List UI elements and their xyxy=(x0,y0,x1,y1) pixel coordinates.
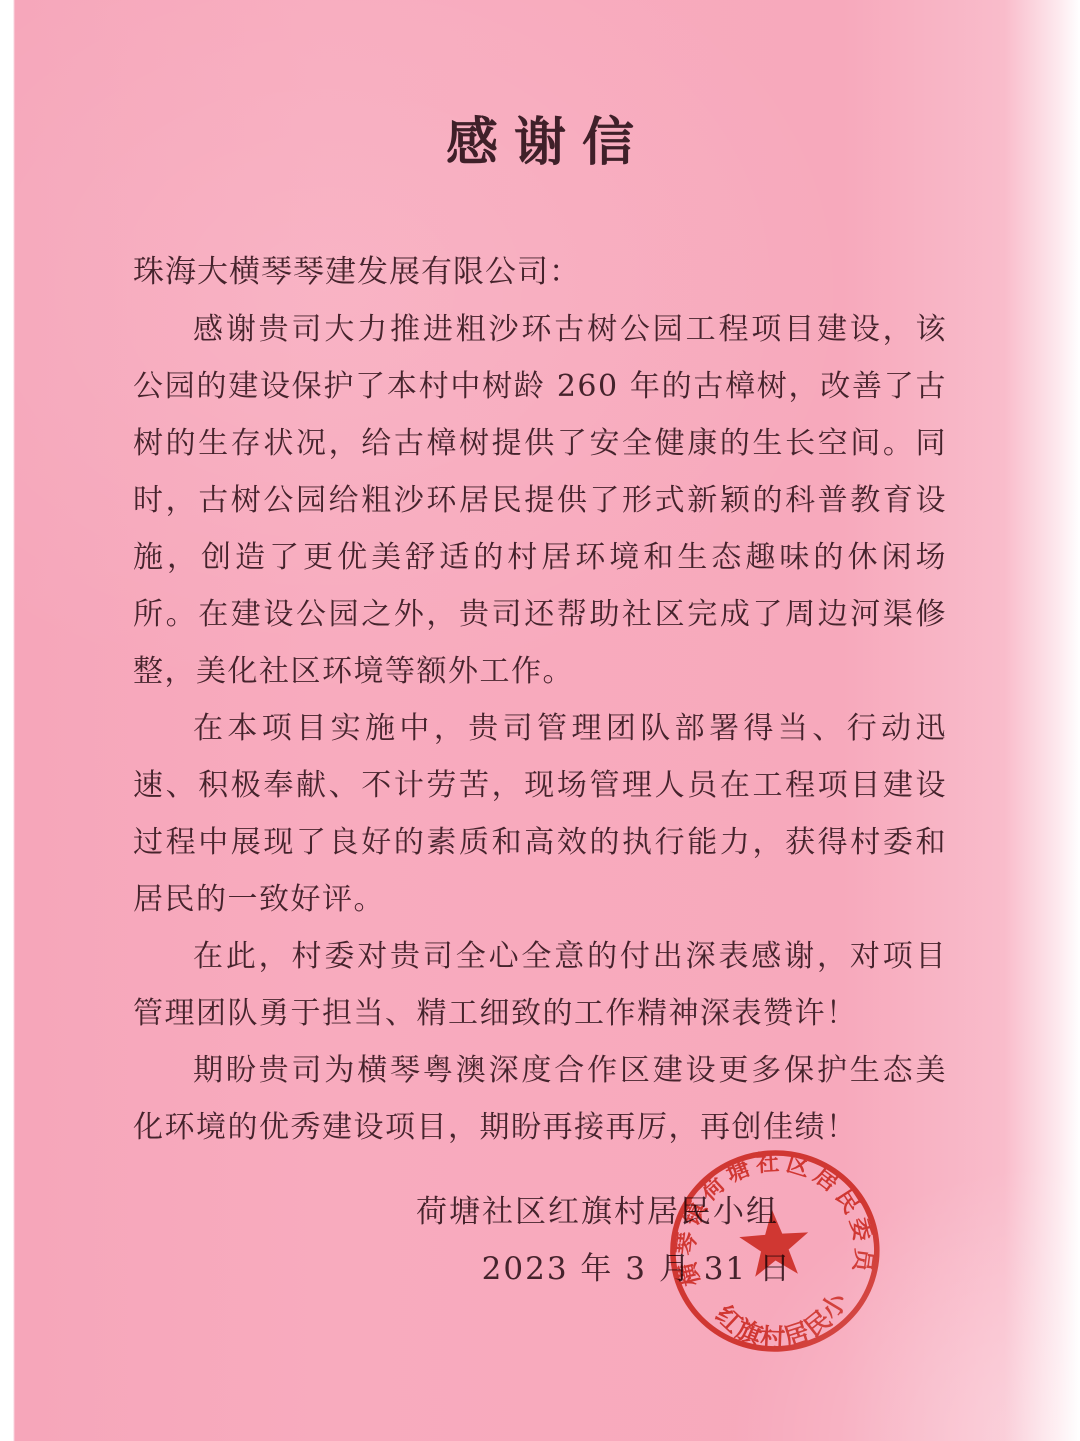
letter-title: 感谢信 xyxy=(133,0,947,162)
letter-content: 感谢信 珠海大横琴琴建发展有限公司： 感谢贵司大力推进粗沙环古树公园工程项目建设… xyxy=(0,0,1080,1298)
signature-block: 荷塘社区红旗村居民小组 2023 年 3 月 31 日 xyxy=(133,1184,947,1298)
paragraph-4: 期盼贵司为横琴粤澳深度合作区建设更多保护生态美化环境的优秀建设项目，期盼再接再厉… xyxy=(133,1042,947,1156)
signature-line: 荷塘社区红旗村居民小组 xyxy=(133,1184,947,1241)
letter-body: 感谢贵司大力推进粗沙环古树公园工程项目建设，该公园的建设保护了本村中树龄 260… xyxy=(133,301,947,1156)
paragraph-3: 在此，村委对贵司全心全意的付出深表感谢，对项目管理团队勇于担当、精工细致的工作精… xyxy=(133,928,947,1042)
letter-page: 感谢信 珠海大横琴琴建发展有限公司： 感谢贵司大力推进粗沙环古树公园工程项目建设… xyxy=(0,0,1080,1441)
salutation-line: 珠海大横琴琴建发展有限公司： xyxy=(133,162,947,301)
paragraph-1: 感谢贵司大力推进粗沙环古树公园工程项目建设，该公园的建设保护了本村中树龄 260… xyxy=(133,301,947,700)
paragraph-2: 在本项目实施中，贵司管理团队部署得当、行动迅速、积极奉献、不计劳苦，现场管理人员… xyxy=(133,700,947,928)
date-line: 2023 年 3 月 31 日 xyxy=(133,1241,947,1298)
